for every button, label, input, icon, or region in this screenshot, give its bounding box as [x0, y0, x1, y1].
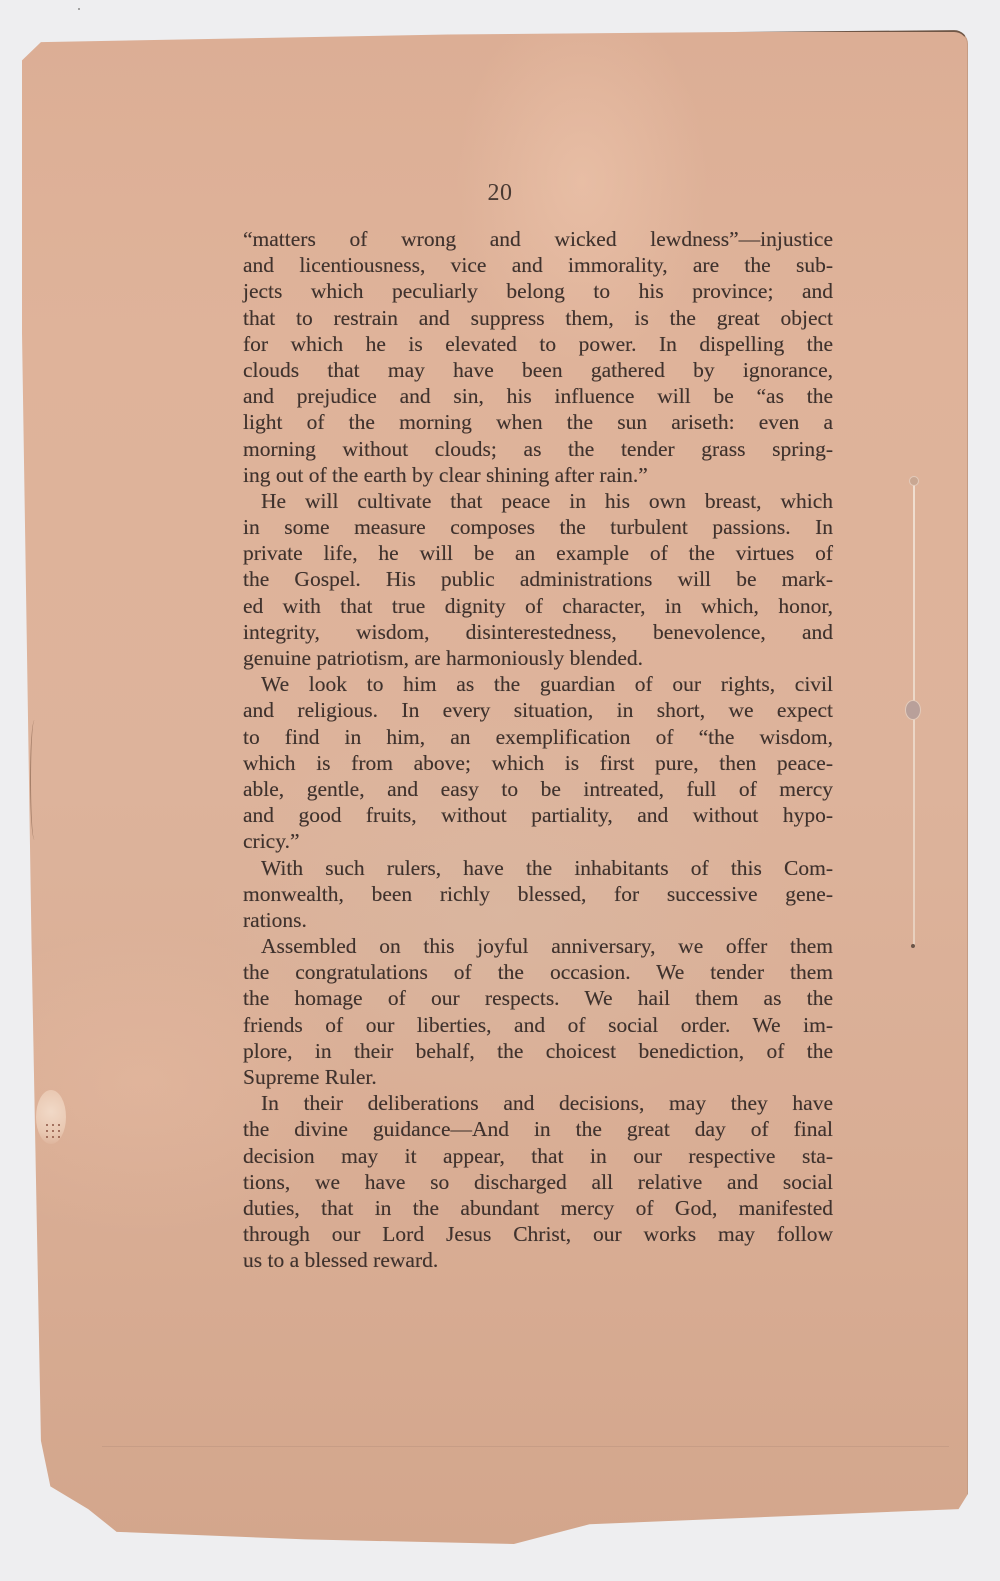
text-line: in some measure composes the turbulent p… [243, 514, 833, 540]
binding-hole-top [909, 476, 919, 486]
binding-knot [905, 700, 921, 720]
text-line: ing out of the earth by clear shining af… [243, 462, 833, 488]
text-line: Supreme Ruler. [243, 1064, 833, 1090]
text-line: genuine patriotism, are harmoniously ble… [243, 645, 833, 671]
text-line: and licentiousness, vice and immorality,… [243, 252, 833, 278]
text-line: plore, in their behalf, the choicest ben… [243, 1038, 833, 1064]
text-line: jects which peculiarly belong to his pro… [243, 278, 833, 304]
text-line: integrity, wisdom, disinterestedness, be… [243, 619, 833, 645]
paragraph: “matters of wrong and wicked lewdness”—i… [243, 226, 833, 488]
foxing-dots [44, 1122, 64, 1142]
text-line: and prejudice and sin, his influence wil… [243, 383, 833, 409]
text-line: through our Lord Jesus Christ, our works… [243, 1221, 833, 1247]
text-line: clouds that may have been gathered by ig… [243, 357, 833, 383]
bottom-fold-crease [102, 1446, 949, 1447]
paragraph: We look to him as the guardian of our ri… [243, 671, 833, 854]
text-line: the Gospel. His public administrations w… [243, 566, 833, 592]
text-line: the congratulations of the occasion. We … [243, 959, 833, 985]
dust-speck [78, 8, 80, 10]
text-line: and religious. In every situation, in sh… [243, 697, 833, 723]
text-line: the homage of our respects. We hail them… [243, 985, 833, 1011]
left-edge-crease [30, 720, 39, 840]
text-line: friends of our liberties, and of social … [243, 1012, 833, 1038]
text-line: us to a blessed reward. [243, 1247, 833, 1273]
text-line: “matters of wrong and wicked lewdness”—i… [243, 226, 833, 252]
text-line: for which he is elevated to power. In di… [243, 331, 833, 357]
page-number: 20 [0, 180, 1000, 207]
body-text: “matters of wrong and wicked lewdness”—i… [243, 226, 833, 1274]
text-line: ed with that true dignity of character, … [243, 593, 833, 619]
text-line: the divine guidance—And in the great day… [243, 1116, 833, 1142]
paragraph: In their deliberations and decisions, ma… [243, 1090, 833, 1273]
text-line: tions, we have so discharged all relativ… [243, 1169, 833, 1195]
text-line: to find in him, an exemplification of “t… [243, 724, 833, 750]
paragraph: With such rulers, have the inhabitants o… [243, 855, 833, 934]
text-line: light of the morning when the sun ariset… [243, 409, 833, 435]
text-line: He will cultivate that peace in his own … [243, 488, 833, 514]
text-line: morning without clouds; as the tender gr… [243, 436, 833, 462]
paragraph: He will cultivate that peace in his own … [243, 488, 833, 671]
text-line: private life, he will be an example of t… [243, 540, 833, 566]
text-line: Assembled on this joyful anniversary, we… [243, 933, 833, 959]
text-line: decision may it appear, that in our resp… [243, 1143, 833, 1169]
binding-hole-bottom [911, 944, 915, 948]
text-line: and good fruits, without partiality, and… [243, 802, 833, 828]
text-line: duties, that in the abundant mercy of Go… [243, 1195, 833, 1221]
paragraph: Assembled on this joyful anniversary, we… [243, 933, 833, 1090]
text-line: that to restrain and suppress them, is t… [243, 305, 833, 331]
text-line: rations. [243, 907, 833, 933]
text-line: With such rulers, have the inhabitants o… [243, 855, 833, 881]
text-line: We look to him as the guardian of our ri… [243, 671, 833, 697]
text-line: monwealth, been richly blessed, for succ… [243, 881, 833, 907]
text-line: which is from above; which is first pure… [243, 750, 833, 776]
text-line: In their deliberations and decisions, ma… [243, 1090, 833, 1116]
text-line: cricy.” [243, 828, 833, 854]
text-line: able, gentle, and easy to be intreated, … [243, 776, 833, 802]
